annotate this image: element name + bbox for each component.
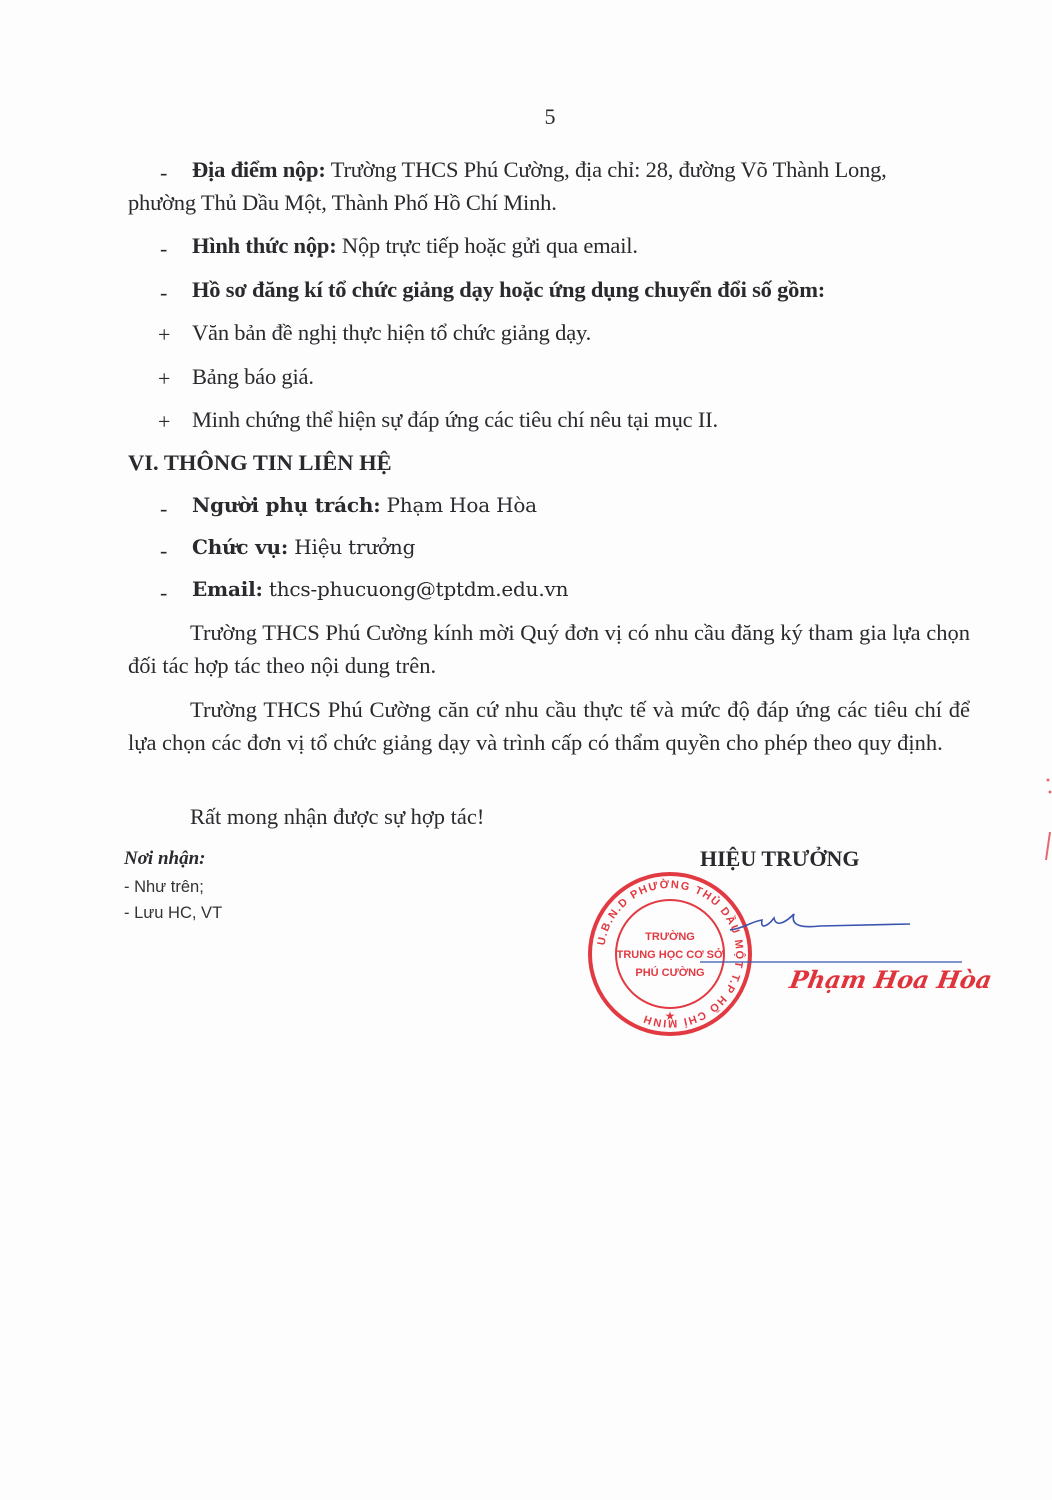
contact-position: Chức vụ: Hiệu trưởng bbox=[192, 535, 415, 559]
signer-title: HIỆU TRƯỞNG bbox=[700, 846, 860, 872]
contact-position-label: Chức vụ: bbox=[192, 535, 288, 559]
contact-email-value[interactable]: thcs-phucuong@tptdm.edu.vn bbox=[263, 577, 569, 601]
stamp-edge-mark-icon bbox=[1040, 770, 1052, 870]
stamp-line: TRƯỜNG bbox=[645, 930, 695, 943]
dossier-item: Văn bản đề nghị thực hiện tổ chức giảng … bbox=[192, 320, 591, 346]
submission-method: Hình thức nộp: Nộp trực tiếp hoặc gửi qu… bbox=[192, 233, 638, 259]
submission-place-label: Địa điểm nộp: bbox=[192, 157, 326, 182]
star-icon: ★ bbox=[665, 1009, 676, 1023]
closing-paragraph: Rất mong nhận được sự hợp tác! bbox=[128, 800, 970, 833]
contact-person-value: Phạm Hoa Hòa bbox=[380, 493, 537, 517]
plus-bullet: + bbox=[158, 409, 170, 435]
dossier-item: Minh chứng thể hiện sự đáp ứng các tiêu … bbox=[192, 407, 718, 433]
contact-email: Email: thcs-phucuong@tptdm.edu.vn bbox=[192, 577, 568, 601]
signer-name: Phạm Hoa Hòa bbox=[787, 965, 994, 994]
section-heading-contact: VI. THÔNG TIN LIÊN HỆ bbox=[128, 450, 392, 476]
submission-method-value: Nộp trực tiếp hoặc gửi qua email. bbox=[337, 233, 638, 258]
plus-bullet: + bbox=[158, 322, 170, 348]
recipient-item: - Như trên; bbox=[124, 878, 204, 897]
dash-bullet: - bbox=[160, 236, 167, 262]
contact-position-value: Hiệu trưởng bbox=[288, 535, 415, 559]
plus-bullet: + bbox=[158, 366, 170, 392]
dossier-heading: Hồ sơ đăng kí tổ chức giảng dạy hoặc ứng… bbox=[192, 277, 825, 303]
dash-bullet: - bbox=[160, 538, 167, 564]
closing-paragraph: Trường THCS Phú Cường kính mời Quý đơn v… bbox=[128, 616, 970, 682]
contact-person: Người phụ trách: Phạm Hoa Hòa bbox=[192, 493, 537, 517]
dash-bullet: - bbox=[160, 580, 167, 606]
closing-paragraph: Trường THCS Phú Cường căn cứ nhu cầu thự… bbox=[128, 693, 970, 759]
submission-method-label: Hình thức nộp: bbox=[192, 233, 337, 258]
page-number: 5 bbox=[0, 104, 1052, 130]
dash-bullet: - bbox=[160, 160, 167, 186]
submission-place: Địa điểm nộp: Trường THCS Phú Cường, địa… bbox=[192, 157, 887, 183]
recipients-title: Nơi nhận: bbox=[124, 848, 205, 870]
dash-bullet: - bbox=[160, 496, 167, 522]
recipient-item: - Lưu HC, VT bbox=[124, 904, 222, 923]
dash-bullet: - bbox=[160, 280, 167, 306]
contact-email-label: Email: bbox=[192, 577, 263, 601]
dossier-item: Bảng báo giá. bbox=[192, 364, 314, 390]
submission-place-continued: phường Thủ Dầu Một, Thành Phố Hồ Chí Min… bbox=[128, 190, 557, 216]
contact-person-label: Người phụ trách: bbox=[192, 493, 380, 517]
submission-place-value: Trường THCS Phú Cường, địa chỉ: 28, đườn… bbox=[326, 157, 887, 182]
